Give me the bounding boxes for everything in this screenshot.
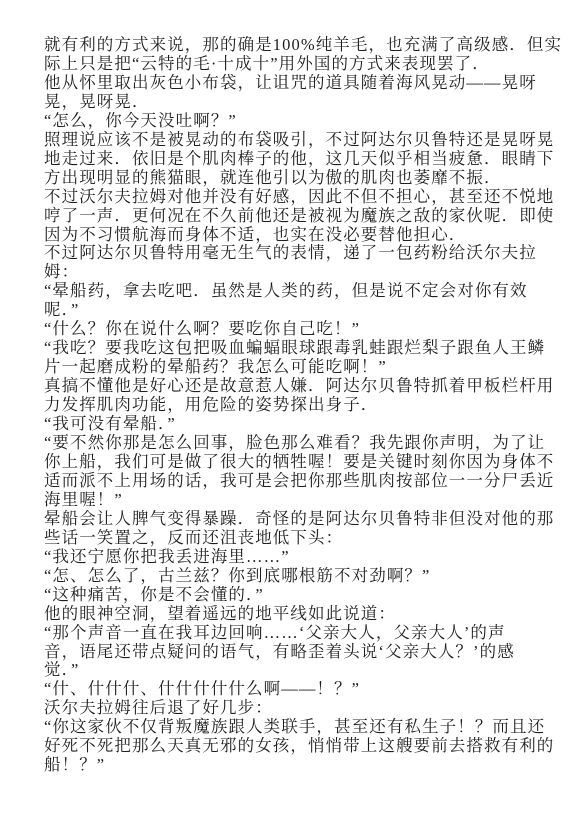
text-line: 些话一笑置之，反而还沮丧地低下头： (44, 529, 562, 548)
text-line: 际上只是把“云特的毛·十成十”用外国的方式来表现罢了． (44, 55, 562, 74)
text-line: “这种痛苦，你是不会懂的．” (44, 586, 562, 605)
text-line: 哼了一声．更何况在不久前他还是被视为魔族之敌的家伙呢．即使 (44, 207, 562, 226)
text-line: 方出现明显的熊猫眼，就连他引以为傲的肌肉也萎靡不振． (44, 169, 562, 188)
text-line: 就有利的方式来说，那的确是100%纯羊毛，也充满了高级感．但实 (44, 36, 562, 55)
text-line: “那个声音一直在我耳边回响……‘父亲大人，父亲大人’的声 (44, 624, 562, 643)
text-line: 好死不死把那么天真无邪的女孩，悄悄带上这艘要前去搭救有利的 (44, 737, 562, 756)
text-line: 片一起磨成粉的晕船药？我怎么可能吃啊！” (44, 358, 562, 377)
text-line: 呢．” (44, 301, 562, 320)
text-line: “要不然你那是怎么回事，脸色那么难看？我先跟你声明，为了让 (44, 434, 562, 453)
text-line: 地走过来．依旧是个肌肉棒子的他，这几天似乎相当疲惫．眼睛下 (44, 150, 562, 169)
text-line: 不过沃尔夫拉姆对他并没有好感，因此不但不担心，甚至还不悦地 (44, 188, 562, 207)
text-line: 觉．” (44, 661, 562, 680)
text-line: 你上船，我们可是做了很大的牺牲喔！要是关键时刻你因为身体不 (44, 453, 562, 472)
text-line: 他的眼神空洞，望着遥远的地平线如此说道： (44, 605, 562, 624)
text-line: “怎、怎么了，古兰兹？你到底哪根筋不对劲啊？” (44, 567, 562, 586)
text-line: 晕船会让人脾气变得暴躁．奇怪的是阿达尔贝鲁特非但没对他的那 (44, 510, 562, 529)
text-line: 船！？” (44, 756, 562, 775)
text-line: “我还宁愿你把我丢进海里……” (44, 548, 562, 567)
text-line: “我吃？要我吃这包把吸血蝙蝠眼球跟毒乳蛙跟烂梨子跟鱼人王鳞 (44, 339, 562, 358)
text-line: 晃，晃呀晃． (44, 93, 562, 112)
text-line: 适而派不上用场的话，我可是会把你那些肌肉按部位一一分尸丢近 (44, 472, 562, 491)
text-line: “我可没有晕船．” (44, 415, 562, 434)
scanned-novel-page: 就有利的方式来说，那的确是100%纯羊毛，也充满了高级感．但实 际上只是把“云特… (0, 0, 583, 828)
text-line: 姆： (44, 263, 562, 282)
text-line: 真搞不懂他是好心还是故意惹人嫌．阿达尔贝鲁特抓着甲板栏杆用 (44, 377, 562, 396)
text-line: 音，语尾还带点疑问的语气，有略歪着头说‘父亲大人？’的感 (44, 643, 562, 662)
text-line: “怎么，你今天没吐啊？” (44, 112, 562, 131)
body-text-block: 就有利的方式来说，那的确是100%纯羊毛，也充满了高级感．但实 际上只是把“云特… (44, 36, 562, 775)
text-line: 不过阿达尔贝鲁特用毫无生气的表情，递了一包药粉给沃尔夫拉 (44, 244, 562, 263)
text-line: “你这家伙不仅背叛魔族跟人类联手，甚至还有私生子！？而且还 (44, 718, 562, 737)
text-line: 因为不习惯航海而身体不适，也实在没必要替他担心． (44, 226, 562, 245)
text-line: “什、什什什、什什什什什么啊——！？” (44, 680, 562, 699)
text-line: 照理说应该不是被晃动的布袋吸引，不过阿达尔贝鲁特还是晃呀晃 (44, 131, 562, 150)
text-line: 海里喔！” (44, 491, 562, 510)
text-line: “什么？你在说什么啊？要吃你自己吃！” (44, 320, 562, 339)
text-line: 力发挥肌肉功能，用危险的姿势探出身子． (44, 396, 562, 415)
text-line: 他从怀里取出灰色小布袋，让诅咒的道具随着海风晃动——晃呀 (44, 74, 562, 93)
text-line: 沃尔夫拉姆往后退了好几步： (44, 699, 562, 718)
text-line: “晕船药，拿去吃吧．虽然是人类的药，但是说不定会对你有效 (44, 282, 562, 301)
